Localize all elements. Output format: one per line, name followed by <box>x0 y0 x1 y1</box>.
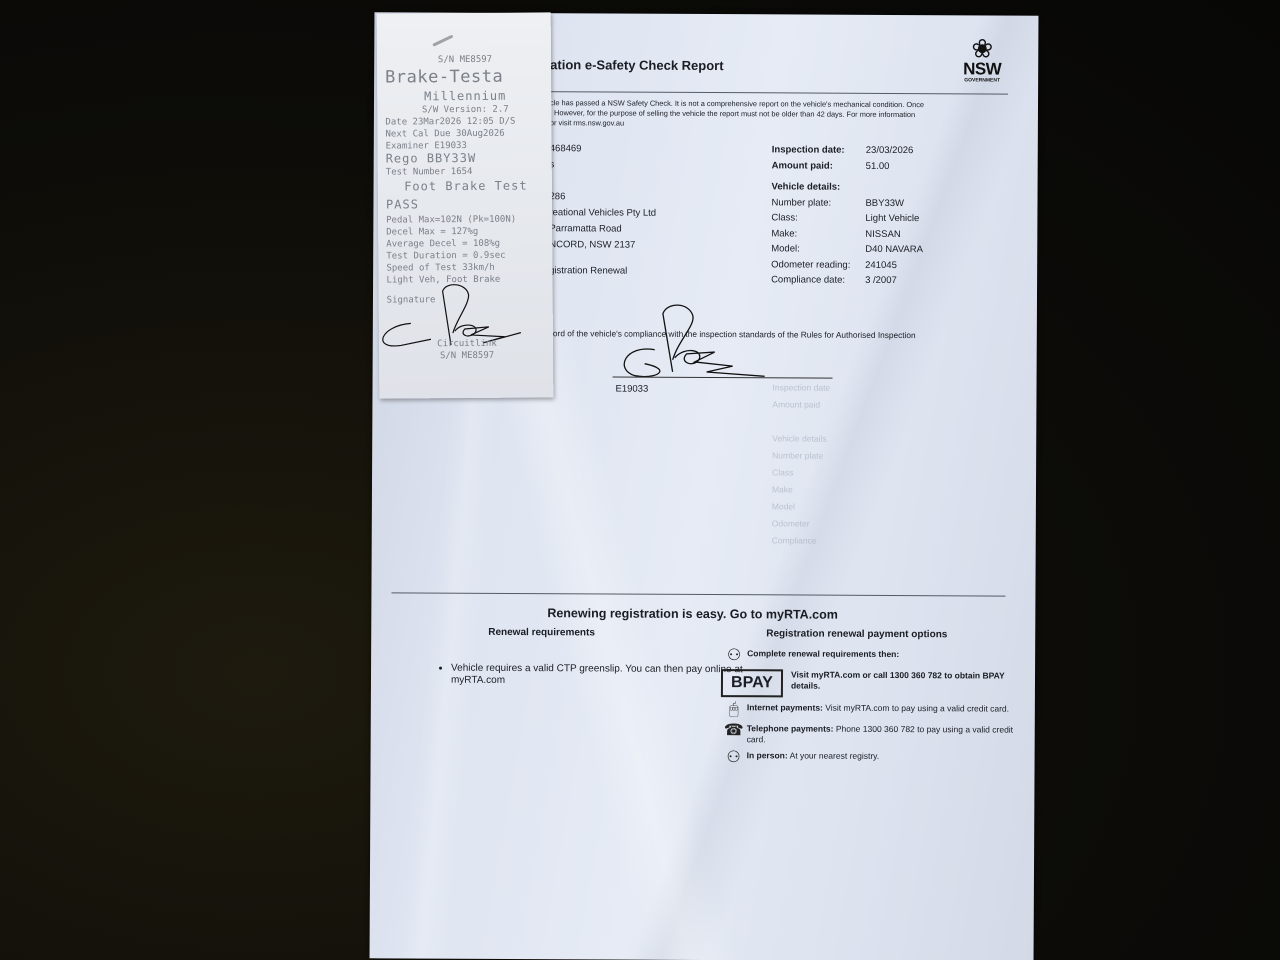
section-divider <box>391 592 1005 596</box>
receipt-rego: Rego BBY33W <box>386 150 546 165</box>
waratah-icon: ❀ <box>956 35 1008 61</box>
receipt-serial-bottom: S/N ME8597 <box>387 350 547 361</box>
receipt-model: Millennium <box>385 88 545 103</box>
payment-options: ⚇ Complete renewal requirements then: BP… <box>721 648 1022 773</box>
requirement-item: Vehicle requires a valid CTP greenslip. … <box>451 663 751 689</box>
examiner-signature <box>615 300 785 386</box>
telephone-icon: ☎ <box>721 723 747 739</box>
inspection-date-row: Inspection date: 23/03/2026 <box>772 142 924 158</box>
vehicle-detail-row: Class: Light Vehicle <box>771 210 923 226</box>
show-through-text: Inspection dateAmount paid Vehicle detai… <box>772 379 831 549</box>
payment-option: ⚇ Complete renewal requirements then: <box>721 648 1021 666</box>
examiner-id: E19033 <box>615 384 648 395</box>
payment-option: ⚇ In person: At your nearest registry. <box>721 750 1021 768</box>
mouse-icon: 🖱 <box>721 702 747 718</box>
payment-option: 🖱 Internet payments: Visit myRTA.com to … <box>721 702 1021 720</box>
nsw-government-logo: ❀ NSW GOVERNMENT <box>956 35 1008 83</box>
renewal-requirements-list: Vehicle requires a valid CTP greenslip. … <box>411 662 751 688</box>
receipt-date: Date 23Mar2026 12:05 D/S <box>385 116 545 127</box>
payment-options-heading: Registration renewal payment options <box>766 628 947 640</box>
vehicle-detail-row: Compliance date: 3 /2007 <box>771 272 923 288</box>
intro-text: cle has passed a NSW Safety Check. It is… <box>550 98 1010 130</box>
vehicle-detail-row: Number plate: BBY33W <box>771 195 923 211</box>
receipt-result: PASS <box>386 196 546 211</box>
payment-option-bpay: BPAY Visit myRTA.com or call 1300 360 78… <box>721 669 1021 699</box>
brake-test-receipt: S/N ME8597 Brake-Testa Millennium S/W Ve… <box>377 12 554 398</box>
renewal-requirements-heading: Renewal requirements <box>488 627 595 639</box>
owner-details: 468469 s 286 reational Vehicles Pty Ltd … <box>549 141 656 280</box>
inspection-details: Inspection date: 23/03/2026 Amount paid:… <box>771 142 923 288</box>
vehicle-detail-row: Make: NISSAN <box>771 226 923 242</box>
report-title: ation e-Safety Check Report <box>550 57 723 73</box>
receipt-brand: Brake-Testa <box>385 66 545 87</box>
person-icon: ⚇ <box>721 648 747 664</box>
receipt-printer: Circuitlink <box>387 338 547 349</box>
vehicle-detail-row: Model: D40 NAVARA <box>771 241 923 257</box>
person-icon: ⚇ <box>721 750 747 766</box>
bpay-logo: BPAY <box>721 669 783 697</box>
renewal-heading: Renewing registration is easy. Go to myR… <box>547 606 838 622</box>
vehicle-details-heading: Vehicle details: <box>772 179 924 195</box>
receipt-serial-top: S/N ME8597 <box>385 54 545 65</box>
amount-paid-row: Amount paid: 51.00 <box>772 158 924 174</box>
staple <box>432 35 453 47</box>
vehicle-detail-row: Odometer reading: 241045 <box>771 257 923 273</box>
payment-option: ☎ Telephone payments: Phone 1300 360 782… <box>721 723 1021 747</box>
